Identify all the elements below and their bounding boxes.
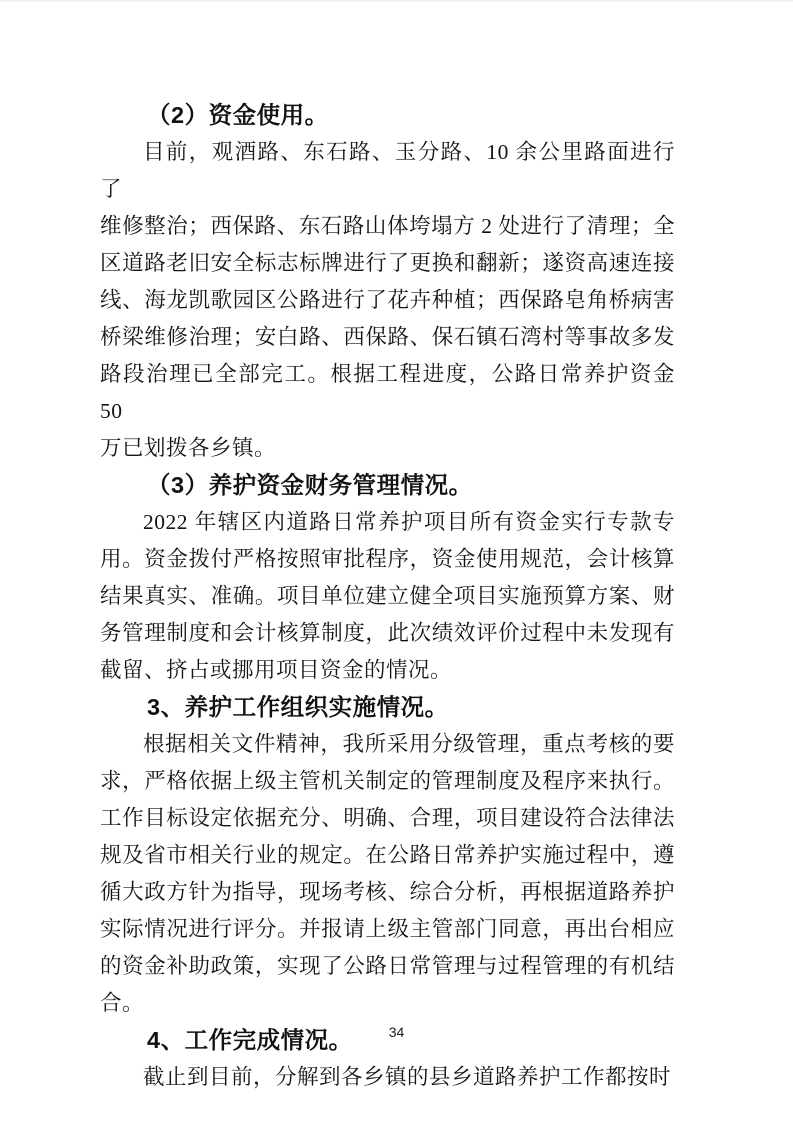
paragraph-line: 结果真实、准确。项目单位建立健全项目实施预算方案、财 [100, 578, 675, 615]
paragraph-line: 求，严格依据上级主管机关制定的管理制度及程序来执行。 [100, 763, 675, 800]
paragraph-line: 桥梁维修治理；安白路、西保路、保石镇石湾村等事故多发 [100, 319, 675, 356]
paragraph-line: 工作目标设定依据充分、明确、合理，项目建设符合法律法 [100, 800, 675, 837]
paragraph-line: 用。资金拨付严格按照审批程序，资金使用规范，会计核算 [100, 541, 675, 578]
paragraph-line: 务管理制度和会计核算制度，此次绩效评价过程中未发现有 [100, 615, 675, 652]
paragraph-line: 目前，观酒路、东石路、玉分路、10 余公里路面进行了 [100, 134, 675, 208]
paragraph-line: 合。 [100, 985, 675, 1022]
section-heading: 3、养护工作组织实施情况。 [100, 689, 675, 726]
paragraph-line: 截留、挤占或挪用项目资金的情况。 [100, 652, 675, 689]
paragraph-line: 规及省市相关行业的规定。在公路日常养护实施过程中，遵 [100, 837, 675, 874]
paragraph-line: 截止到目前，分解到各乡镇的县乡道路养护工作都按时 [100, 1059, 675, 1096]
paragraph-line: 线、海龙凯歌园区公路进行了花卉种植；西保路皂角桥病害 [100, 282, 675, 319]
paragraph-line: 根据相关文件精神，我所采用分级管理，重点考核的要 [100, 726, 675, 763]
paragraph-line: 维修整治；西保路、东石路山体垮塌方 2 处进行了清理；全 [100, 208, 675, 245]
page-number: 34 [0, 1024, 793, 1040]
paragraph-line: 的资金补助政策，实现了公路日常管理与过程管理的有机结 [100, 948, 675, 985]
document-page: （2）资金使用。目前，观酒路、东石路、玉分路、10 余公里路面进行了维修整治；西… [0, 0, 793, 1122]
paragraph-line: 区道路老旧安全标志标牌进行了更换和翻新；遂资高速连接 [100, 245, 675, 282]
section-heading: （3）养护资金财务管理情况。 [100, 467, 675, 504]
paragraph-line: 万已划拨各乡镇。 [100, 430, 675, 467]
paragraph-line: 路段治理已全部完工。根据工程进度，公路日常养护资金 50 [100, 356, 675, 430]
section-heading: （2）资金使用。 [100, 97, 675, 134]
paragraph-line: 实际情况进行评分。并报请上级主管部门同意，再出台相应 [100, 911, 675, 948]
paragraph-line: 循大政方针为指导，现场考核、综合分析，再根据道路养护 [100, 874, 675, 911]
paragraph-line: 2022 年辖区内道路日常养护项目所有资金实行专款专 [100, 504, 675, 541]
document-content: （2）资金使用。目前，观酒路、东石路、玉分路、10 余公里路面进行了维修整治；西… [100, 97, 675, 1096]
